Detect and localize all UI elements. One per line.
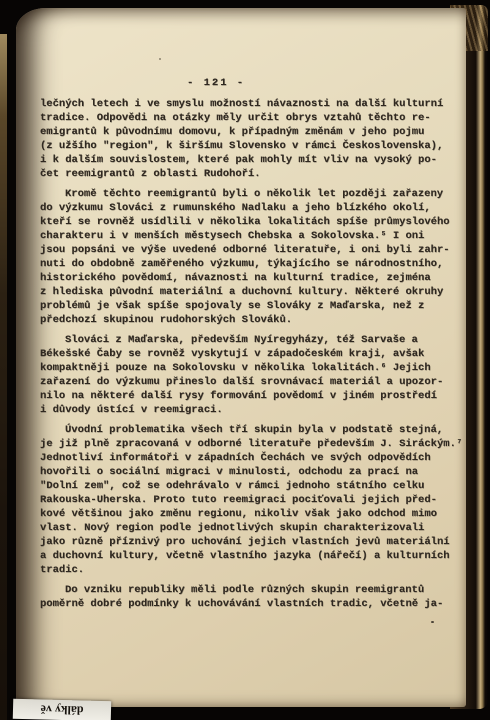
body-paragraph: Slováci z Maďarska, především Nyíregyház… (40, 333, 464, 417)
spine-label: dálky vě (13, 699, 111, 720)
body-paragraph: Kromě těchto reemigrantů byli o několik … (40, 187, 464, 327)
scanned-book-photo: - 121 - lečných letech i ve smyslu možno… (0, 0, 490, 720)
body-paragraph: Do vzniku republiky měli podle různých s… (40, 583, 464, 611)
paper-speck (159, 58, 161, 60)
body-paragraph: lečných letech i ve smyslu možností náva… (40, 97, 464, 181)
paper-speck (431, 621, 434, 623)
page-number: - 121 - (187, 76, 245, 90)
page-text: lečných letech i ve smyslu možností náva… (40, 97, 464, 617)
underlying-page-sliver (0, 34, 7, 720)
body-paragraph: Úvodní problematika všech tří skupin byl… (40, 423, 464, 577)
